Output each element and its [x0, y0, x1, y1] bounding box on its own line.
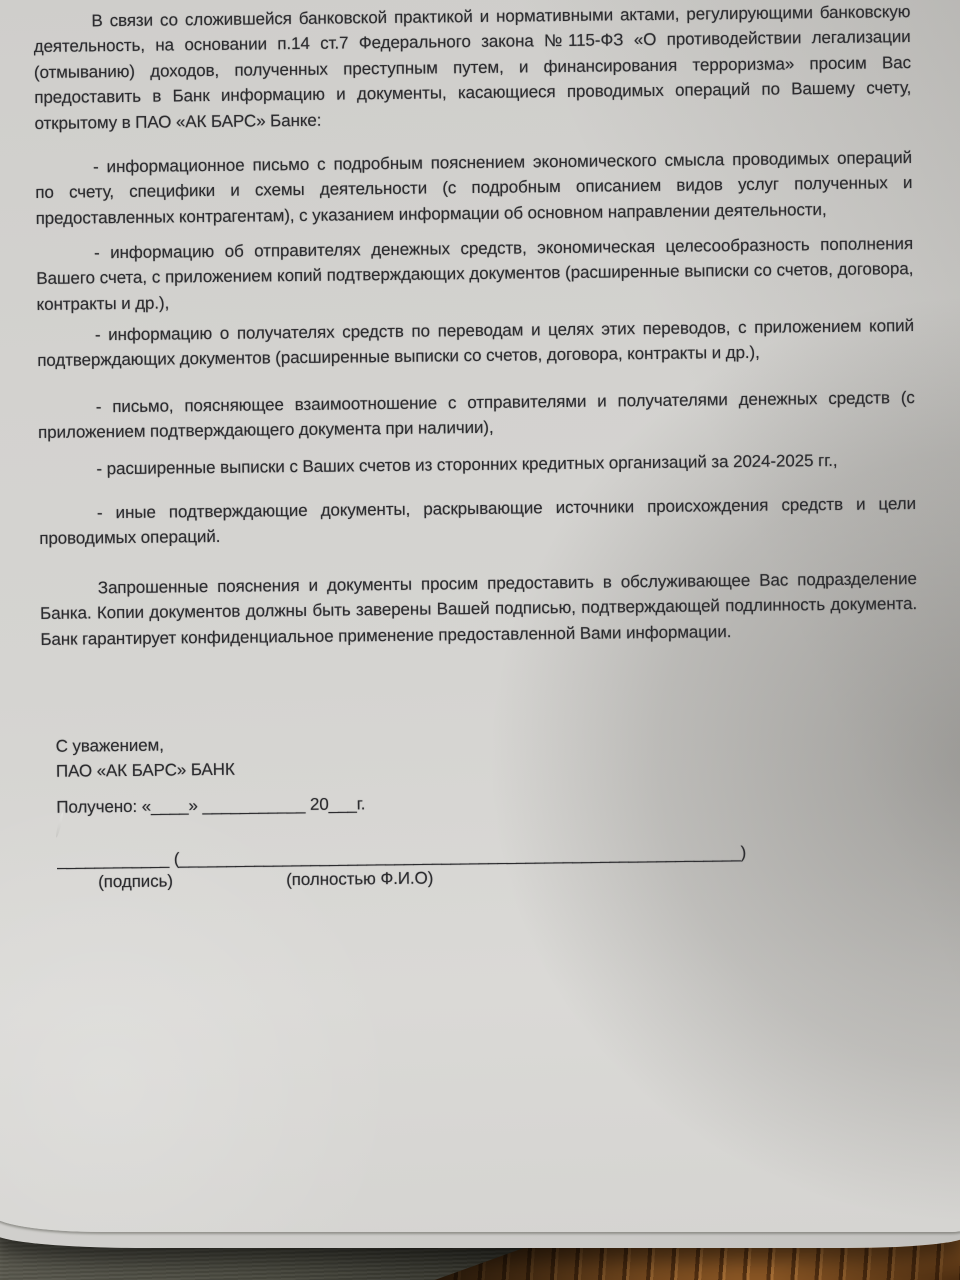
list-item-5: - расширенные выписки с Ваших счетов из …: [38, 447, 915, 482]
signature-org: С уважением,ПАО «АК БАРС» БАНК: [55, 724, 919, 785]
document-text: В связи со сложившейся банковской практи…: [33, 0, 924, 1205]
text-line: - расширенные выписки с Ваших счетов из …: [38, 447, 915, 482]
list-item-6: - иные подтверждающие документы, раскрыв…: [39, 491, 917, 552]
list-item-3: - информацию о получателях средств по пе…: [37, 313, 915, 374]
photo-scene: В связи со сложившейся банковской практи…: [0, 0, 960, 1280]
received-line: Получено: «____» ___________ 20___г.: [56, 785, 919, 820]
text-line: Получено: «____» ___________ 20___г.: [56, 785, 919, 820]
list-item-1: - информационное письмо с подробным пояс…: [35, 145, 913, 231]
list-item-4: - письмо, поясняющее взаимоотношение с о…: [38, 385, 916, 446]
intro-paragraph: В связи со сложившейся банковской практи…: [33, 0, 911, 136]
list-item-2: - информацию об отправителях денежных ср…: [36, 231, 914, 317]
closing-paragraph: Запрошенные пояснения и документы просим…: [40, 566, 918, 652]
paper-sheet: В связи со сложившейся банковской практи…: [0, 0, 960, 1232]
